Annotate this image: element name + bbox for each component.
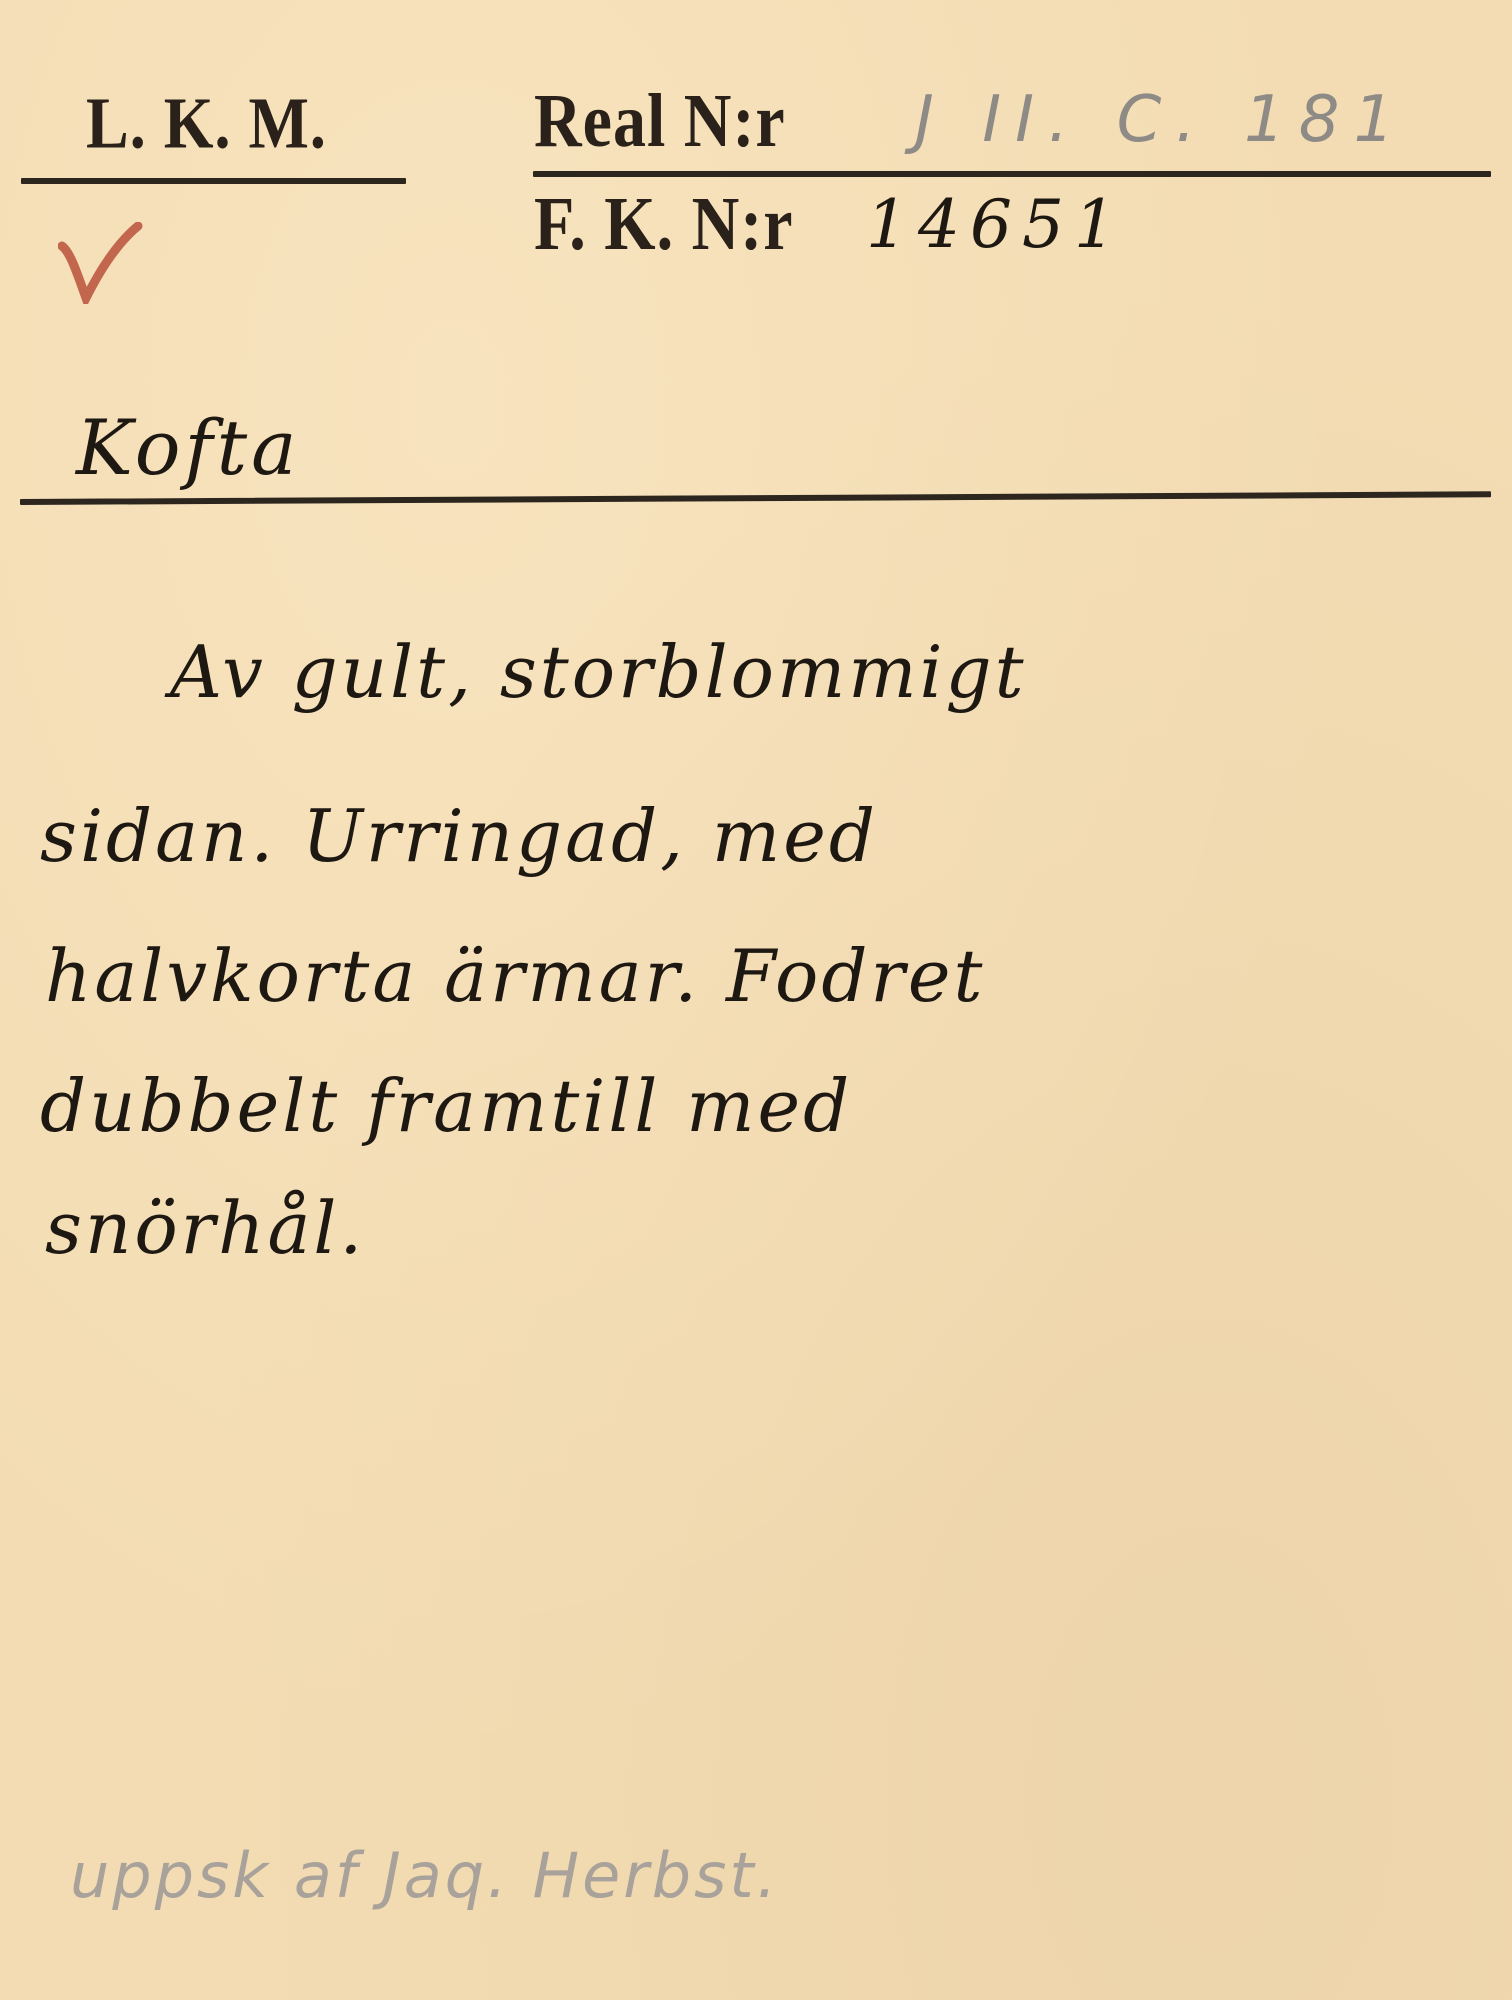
description-line-3: halvkorta ärmar. Fodret [45,940,985,1012]
description-line-5: snörhål. [45,1192,365,1264]
footer-pencil-note: uppsk af Jaq. Herbst. [70,1845,779,1907]
check-mark-icon [58,222,148,304]
description-line-2: sidan. Urringad, med [40,800,878,872]
real-number-label: Real N:r [534,84,786,160]
object-name: Kofta [76,410,300,486]
description-line-1: Av gult, storblommigt [170,636,1027,708]
fk-number-label: F. K. N:r [534,187,794,263]
institution-rule [21,178,406,184]
fk-number-value: 14651 [866,192,1126,258]
description-line-4: dubbelt framtill med [40,1070,852,1142]
real-number-value: J II. C. 181 [915,88,1408,152]
real-number-rule [533,171,1491,177]
institution-label: L. K. M. [86,86,327,160]
